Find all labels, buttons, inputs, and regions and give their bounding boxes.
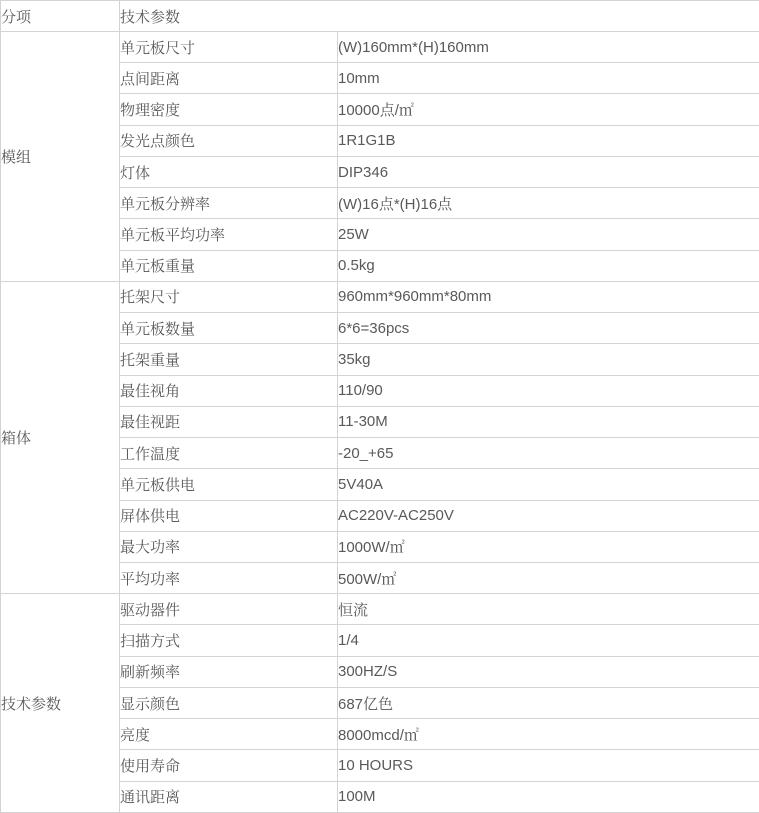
param-name: 单元板重量 (120, 250, 338, 281)
param-value: 500W/㎡ (338, 562, 759, 593)
param-value: 10 HOURS (338, 750, 759, 781)
param-value: 1/4 (338, 625, 759, 656)
param-name: 扫描方式 (120, 625, 338, 656)
param-value: AC220V-AC250V (338, 500, 759, 531)
param-name: 点间距离 (120, 63, 338, 94)
param-name: 亮度 (120, 719, 338, 750)
param-value: 恒流 (338, 594, 759, 625)
spec-table: 分项 技术参数 模组单元板尺寸(W)160mm*(H)160mm点间距离10mm… (0, 0, 759, 813)
param-name: 工作温度 (120, 438, 338, 469)
param-value: 35kg (338, 344, 759, 375)
param-name: 单元板尺寸 (120, 32, 338, 63)
param-value: 110/90 (338, 375, 759, 406)
param-name: 单元板数量 (120, 313, 338, 344)
spec-row: 模组单元板尺寸(W)160mm*(H)160mm (1, 32, 759, 63)
param-name: 驱动器件 (120, 594, 338, 625)
param-value: 11-30M (338, 406, 759, 437)
param-value: 300HZ/S (338, 656, 759, 687)
param-value: 1R1G1B (338, 125, 759, 156)
param-value: 100M (338, 781, 759, 812)
header-category-label: 分项 (1, 1, 120, 32)
param-name: 最佳视角 (120, 375, 338, 406)
param-name: 使用寿命 (120, 750, 338, 781)
param-value: 0.5kg (338, 250, 759, 281)
param-name: 灯体 (120, 156, 338, 187)
param-name: 显示颜色 (120, 687, 338, 718)
param-value: 5V40A (338, 469, 759, 500)
param-value: DIP346 (338, 156, 759, 187)
param-value: 1000W/㎡ (338, 531, 759, 562)
param-name: 屏体供电 (120, 500, 338, 531)
param-name: 托架尺寸 (120, 281, 338, 312)
spec-row: 技术参数驱动器件恒流 (1, 594, 759, 625)
param-value: 25W (338, 219, 759, 250)
param-value: 10000点/㎡ (338, 94, 759, 125)
param-value: -20_+65 (338, 438, 759, 469)
param-name: 平均功率 (120, 562, 338, 593)
group-label: 箱体 (1, 281, 120, 593)
spec-row: 箱体托架尺寸960mm*960mm*80mm (1, 281, 759, 312)
param-name: 托架重量 (120, 344, 338, 375)
param-value: 6*6=36pcs (338, 313, 759, 344)
group-label: 技术参数 (1, 594, 120, 813)
group-label: 模组 (1, 32, 120, 282)
param-name: 最佳视距 (120, 406, 338, 437)
param-value: (W)16点*(H)16点 (338, 188, 759, 219)
param-name: 单元板供电 (120, 469, 338, 500)
param-name: 最大功率 (120, 531, 338, 562)
header-row: 分项 技术参数 (1, 1, 759, 32)
param-value: 960mm*960mm*80mm (338, 281, 759, 312)
param-name: 通讯距离 (120, 781, 338, 812)
param-name: 单元板平均功率 (120, 219, 338, 250)
param-value: 8000mcd/㎡ (338, 719, 759, 750)
param-name: 刷新频率 (120, 656, 338, 687)
header-params-label: 技术参数 (120, 1, 759, 32)
param-name: 物理密度 (120, 94, 338, 125)
param-value: 10mm (338, 63, 759, 94)
param-name: 发光点颜色 (120, 125, 338, 156)
param-name: 单元板分辨率 (120, 188, 338, 219)
param-value: 687亿色 (338, 687, 759, 718)
param-value: (W)160mm*(H)160mm (338, 32, 759, 63)
